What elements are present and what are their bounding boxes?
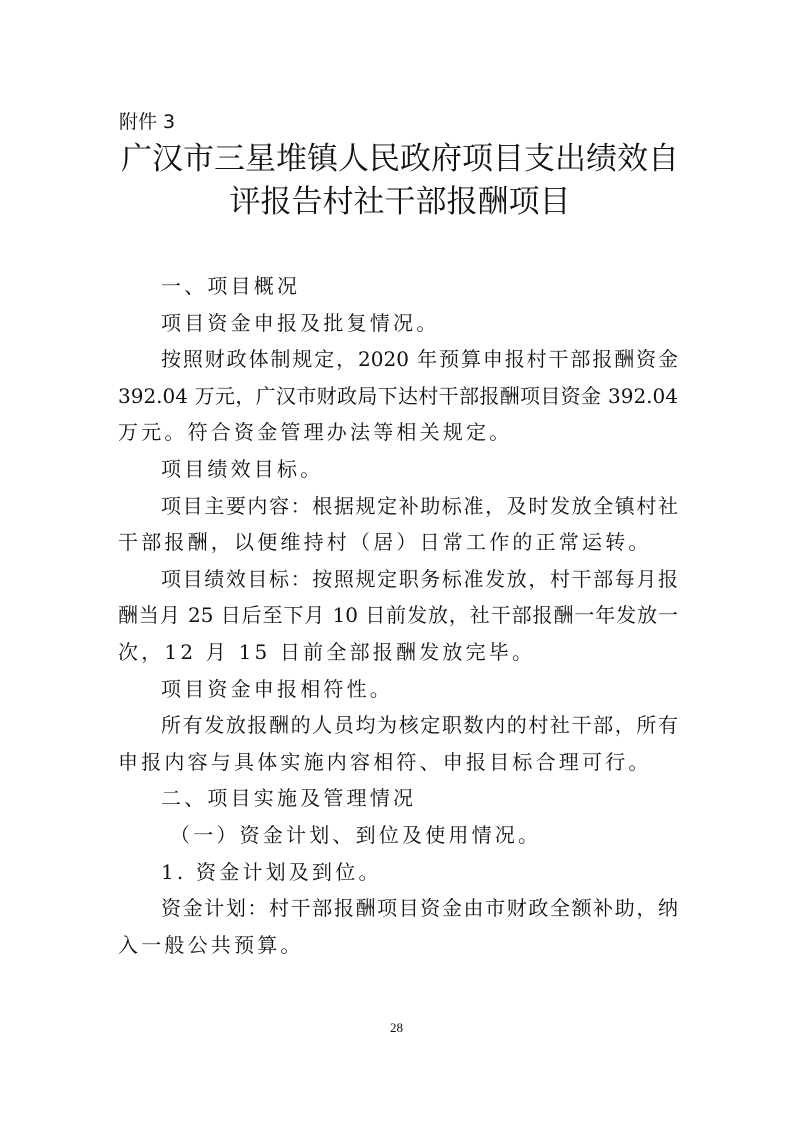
paragraph-line: 项目绩效目标：按照规定职务标准发放，村干部每月报 (118, 561, 678, 598)
subheading-performance-goals: 项目绩效目标。 (118, 451, 678, 488)
paragraph-line: 392.04 万元，广汉市财政局下达村干部报酬项目资金 392.04 (118, 378, 678, 415)
document-page: 附件 3 广汉市三星堆镇人民政府项目支出绩效自 评报告村社干部报酬项目 一、项目… (0, 0, 793, 1122)
document-body: 一、项目概况 项目资金申报及批复情况。 按照财政体制规定，2020 年预算申报村… (118, 268, 678, 963)
document-title-line-1: 广汉市三星堆镇人民政府项目支出绩效自 (100, 138, 700, 180)
page-number: 28 (0, 1020, 793, 1036)
subheading-funding-consistency: 项目资金申报相符性。 (118, 671, 678, 708)
paragraph-line: 所有发放报酬的人员均为核定职数内的村社干部，所有 (118, 707, 678, 744)
paragraph-line: 干部报酬，以便维持村（居）日常工作的正常运转。 (118, 524, 678, 561)
paragraph-line: 次，12 月 15 日前全部报酬发放完毕。 (118, 634, 678, 671)
paragraph-line: 资金计划：村干部报酬项目资金由市财政全额补助，纳 (118, 890, 678, 927)
attachment-label: 附件 3 (119, 107, 175, 134)
paragraph-line: 项目主要内容：根据规定补助标准，及时发放全镇村社 (118, 488, 678, 525)
document-title-line-2: 评报告村社干部报酬项目 (100, 181, 700, 223)
paragraph-line: 酬当月 25 日后至下月 10 日前发放，社干部报酬一年发放一 (118, 597, 678, 634)
paragraph-line: 按照财政体制规定，2020 年预算申报村干部报酬资金 (118, 341, 678, 378)
subsection-heading-funding-plan: （一）资金计划、到位及使用情况。 (118, 817, 678, 854)
paragraph-line: 入一般公共预算。 (118, 927, 678, 964)
paragraph-line: 申报内容与具体实施内容相符、申报目标合理可行。 (118, 744, 678, 781)
section-heading-implementation: 二、项目实施及管理情况 (118, 780, 678, 817)
paragraph-line: 万元。符合资金管理办法等相关规定。 (118, 414, 678, 451)
section-heading-overview: 一、项目概况 (118, 268, 678, 305)
subheading-funding-approval: 项目资金申报及批复情况。 (118, 305, 678, 342)
numbered-heading-funding-arrival: 1. 资金计划及到位。 (118, 854, 678, 891)
